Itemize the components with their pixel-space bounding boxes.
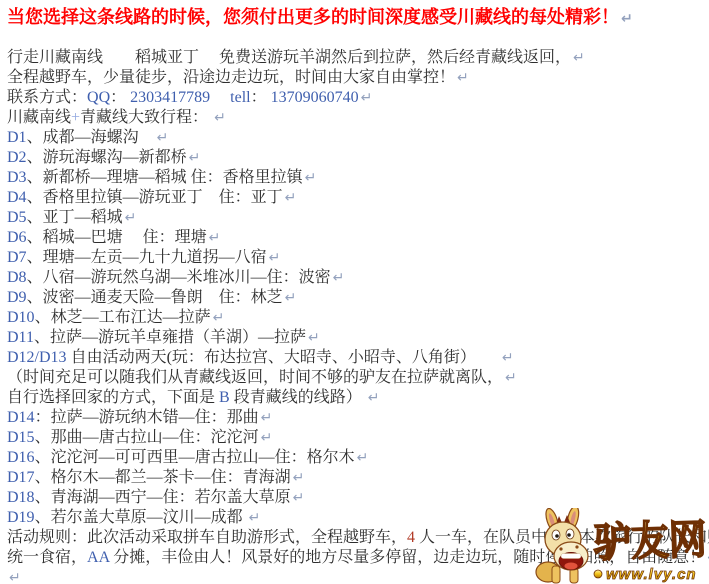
text-line: D11、拉萨—游玩羊卓雍措（羊湖）—拉萨↵	[7, 328, 709, 348]
itinerary-text-block: 行走川藏南线 稻城亚丁 免费送游玩羊湖然后到拉萨，然后经青藏线返回，↵全程越野车…	[7, 48, 709, 584]
paragraph-mark: ↵	[207, 230, 221, 246]
donkey-icon	[536, 508, 588, 583]
text-line: 联系方式：QQ： 2303417789 tell： 13709060740↵	[7, 88, 709, 108]
paragraph-mark: ↵	[355, 450, 369, 466]
paragraph-mark: ↵	[283, 190, 297, 206]
paragraph-mark: ↵	[303, 170, 317, 186]
paragraph-mark: ↵	[291, 490, 305, 506]
paragraph-mark: ↵	[571, 50, 585, 66]
latin-text: D3	[7, 169, 27, 186]
latin-text: 2303417789	[130, 89, 210, 106]
paragraph-mark: ↵	[212, 110, 226, 126]
paragraph-mark: ↵	[259, 430, 273, 446]
text-line: D6、稻城—巴塘 住：理塘↵	[7, 228, 709, 248]
watermark-site-name: 驴友网	[593, 516, 708, 566]
paragraph-mark: ↵	[123, 210, 137, 226]
latin-text: D12/D13	[7, 349, 67, 366]
text-line: D8、八宿—游玩然乌湖—米堆冰川—住：波密↵	[7, 268, 709, 288]
paragraph-mark: ↵	[247, 510, 261, 526]
paragraph-mark: ↵	[7, 570, 21, 584]
watermark-svg: 驴友网 www.lvy.cn	[532, 508, 709, 584]
paragraph-mark: ↵	[291, 470, 305, 486]
text-line: D4、香格里拉镇—游玩亚丁 住：亚丁↵	[7, 188, 709, 208]
document-page: { "document": { "headline": "当您选择这条线路的时候…	[0, 0, 709, 584]
latin-text: D1	[7, 129, 27, 146]
text-line: D2、游玩海螺沟—新都桥↵	[7, 148, 709, 168]
headline-text: 当您选择这条线路的时候，您须付出更多的时间深度感受川藏线的每处精彩！	[7, 7, 619, 27]
latin-text: D9	[7, 289, 27, 306]
paragraph-mark: ↵	[619, 11, 633, 27]
latin-text: D6	[7, 229, 27, 246]
latin-text: D11	[7, 329, 34, 346]
latin-text: D2	[7, 149, 27, 166]
latin-text: D4	[7, 189, 27, 206]
paragraph-mark: ↵	[259, 410, 273, 426]
text-line: D16、沱沱河—可可西里—唐古拉山—住：格尔木↵	[7, 448, 709, 468]
paragraph-mark: ↵	[155, 130, 169, 146]
latin-text: D5	[7, 209, 27, 226]
latin-text: D16	[7, 449, 35, 466]
watermark-site-url: www.lvy.cn	[606, 566, 697, 583]
text-line: D3、新都桥—理塘—稻城 住：香格里拉镇↵	[7, 168, 709, 188]
latin-text: D19	[7, 509, 35, 526]
paragraph-mark: ↵	[503, 370, 517, 386]
latin-text: D18	[7, 489, 35, 506]
latin-text: tell	[230, 89, 250, 106]
paragraph-mark: ↵	[500, 350, 514, 366]
latin-text: B	[219, 389, 230, 406]
latin-text: QQ	[87, 89, 110, 106]
latin-text: AA	[87, 549, 109, 566]
text-line: D17、格尔木—都兰—茶卡—住：青海湖↵	[7, 468, 709, 488]
paragraph-mark: ↵	[455, 70, 469, 86]
paragraph-mark: ↵	[306, 330, 320, 346]
latin-text: D8	[7, 269, 27, 286]
paragraph-mark: ↵	[267, 250, 281, 266]
latin-text: D15	[7, 429, 35, 446]
text-line: D5、亚丁—稻城↵	[7, 208, 709, 228]
text-line: 全程越野车，少量徒步，沿途边走边玩，时间由大家自由掌控！↵	[7, 68, 709, 88]
text-line: D15、那曲—唐古拉山—住：沱沱河↵	[7, 428, 709, 448]
text-line: D18、青海湖—西宁—住：若尔盖大草原↵	[7, 488, 709, 508]
text-line: D9、波密—通麦天险—鲁朗 住：林芝↵	[7, 288, 709, 308]
latin-text: D7	[7, 249, 27, 266]
text-line: （时间充足可以随我们从青藏线返回，时间不够的驴友在拉萨就离队，↵	[7, 368, 709, 388]
paragraph-mark: ↵	[331, 270, 345, 286]
paragraph-mark: ↵	[359, 90, 373, 106]
text-line: 行走川藏南线 稻城亚丁 免费送游玩羊湖然后到拉萨，然后经青藏线返回，↵	[7, 48, 709, 68]
paragraph-mark: ↵	[283, 290, 297, 306]
latin-text: 13709060740	[271, 89, 359, 106]
paragraph-mark: ↵	[187, 150, 201, 166]
text-line: D7、理塘—左贡—九十九道拐—八宿↵	[7, 248, 709, 268]
text-line: 川藏南线+青藏线大致行程： ↵	[7, 108, 709, 128]
text-line: D10、林芝—工布江达—拉萨↵	[7, 308, 709, 328]
latin-text: 4	[407, 529, 415, 546]
watermark-flower-icon	[594, 570, 602, 578]
paragraph-mark: ↵	[211, 310, 225, 326]
latin-text: D14	[7, 409, 35, 426]
watermark-text-group: 驴友网 www.lvy.cn	[593, 516, 708, 583]
page-title: 当您选择这条线路的时候，您须付出更多的时间深度感受川藏线的每处精彩！↵	[7, 4, 633, 32]
text-line: D12/D13 自由活动两天(玩：布达拉宫、大昭寺、小昭寺、八角街） ↵	[7, 348, 709, 368]
plus-sign: +	[71, 109, 80, 126]
watermark-logo: 驴友网 www.lvy.cn	[532, 508, 709, 584]
text-line: D14：拉萨—游玩纳木错—住：那曲↵	[7, 408, 709, 428]
latin-text: D17	[7, 469, 35, 486]
paragraph-mark: ↵	[366, 390, 380, 406]
latin-text: D10	[7, 309, 35, 326]
text-line: D1、成都—海螺沟 ↵	[7, 128, 709, 148]
text-line: 自行选择回家的方式，下面是 B 段青藏线的线路） ↵	[7, 388, 709, 408]
